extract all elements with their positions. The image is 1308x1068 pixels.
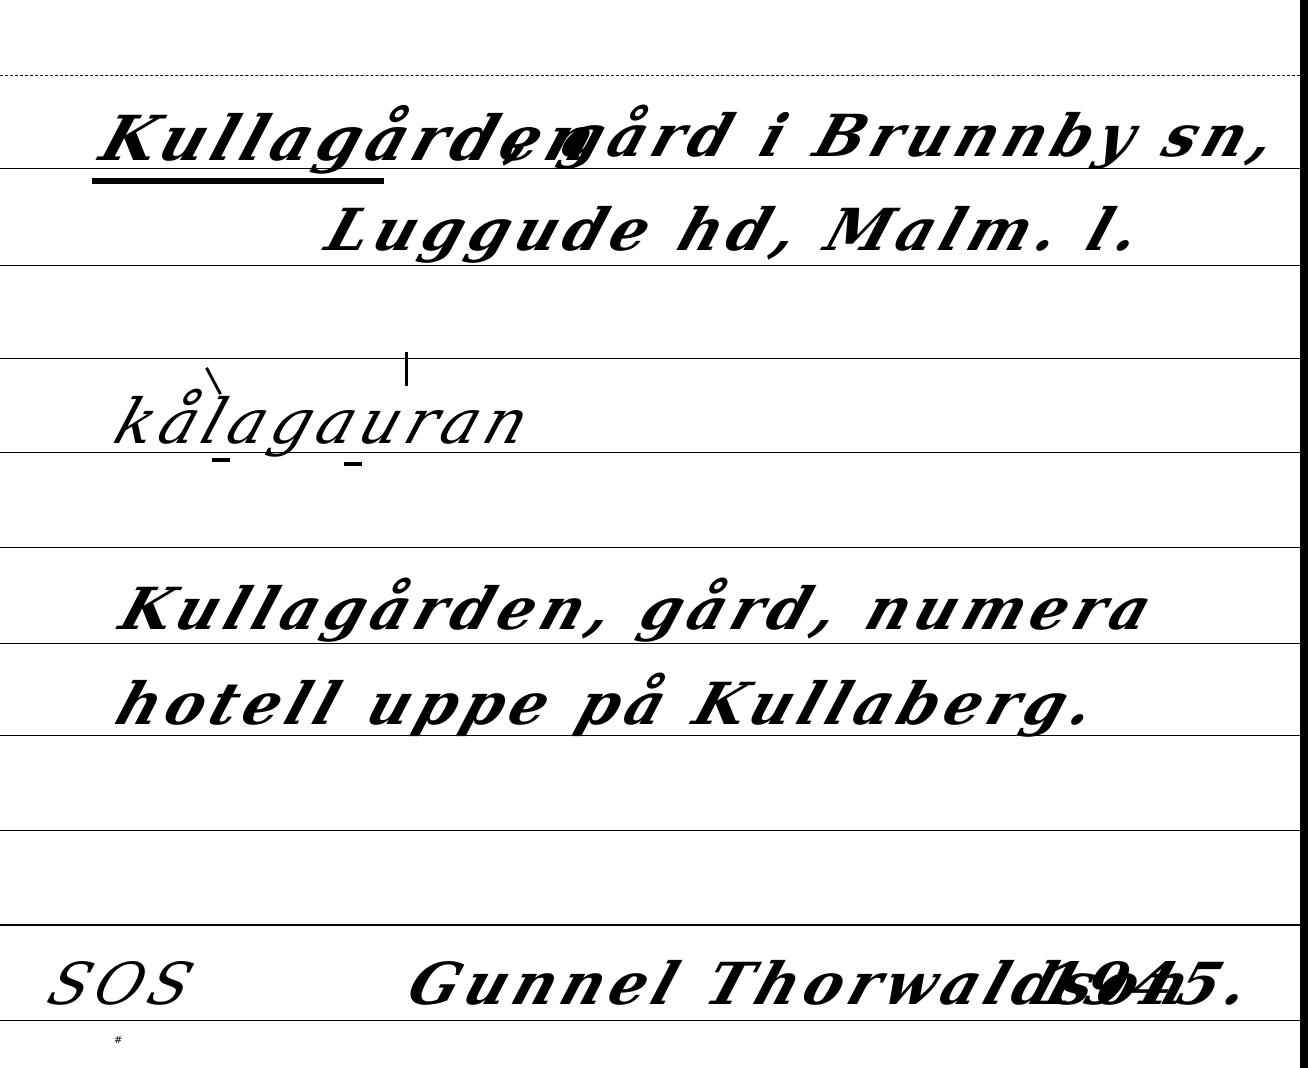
ruled-line <box>0 358 1300 359</box>
archive-card: Kullagården , gård i Brunnby sn, Luggude… <box>0 0 1308 1068</box>
ruled-line <box>0 1020 1300 1021</box>
scan-edge <box>1300 0 1308 1068</box>
collection-year: 1945. <box>1030 950 1264 1018</box>
ruled-line <box>0 830 1300 831</box>
note-line2: hotell uppe på Kullaberg. <box>108 670 1109 738</box>
entry-description-line2: Luggude hd, Malm. l. <box>318 196 1155 264</box>
source-code: SOS <box>40 950 207 1018</box>
entry-description-line1: , gård i Brunnby sn, <box>500 102 1290 170</box>
small-mark: # <box>114 1035 122 1046</box>
length-mark <box>344 462 362 466</box>
ruled-line <box>0 924 1300 926</box>
accent-mark <box>405 352 408 386</box>
ruled-line <box>0 75 1300 76</box>
note-line1: Kullagården, gård, numera <box>112 575 1166 643</box>
length-mark <box>212 458 230 462</box>
pronunciation-phonetic: kålagauran <box>106 385 544 458</box>
ruled-line <box>0 547 1300 548</box>
ruled-line <box>0 265 1300 266</box>
headword-underline <box>92 178 384 184</box>
ruled-line <box>0 643 1300 644</box>
